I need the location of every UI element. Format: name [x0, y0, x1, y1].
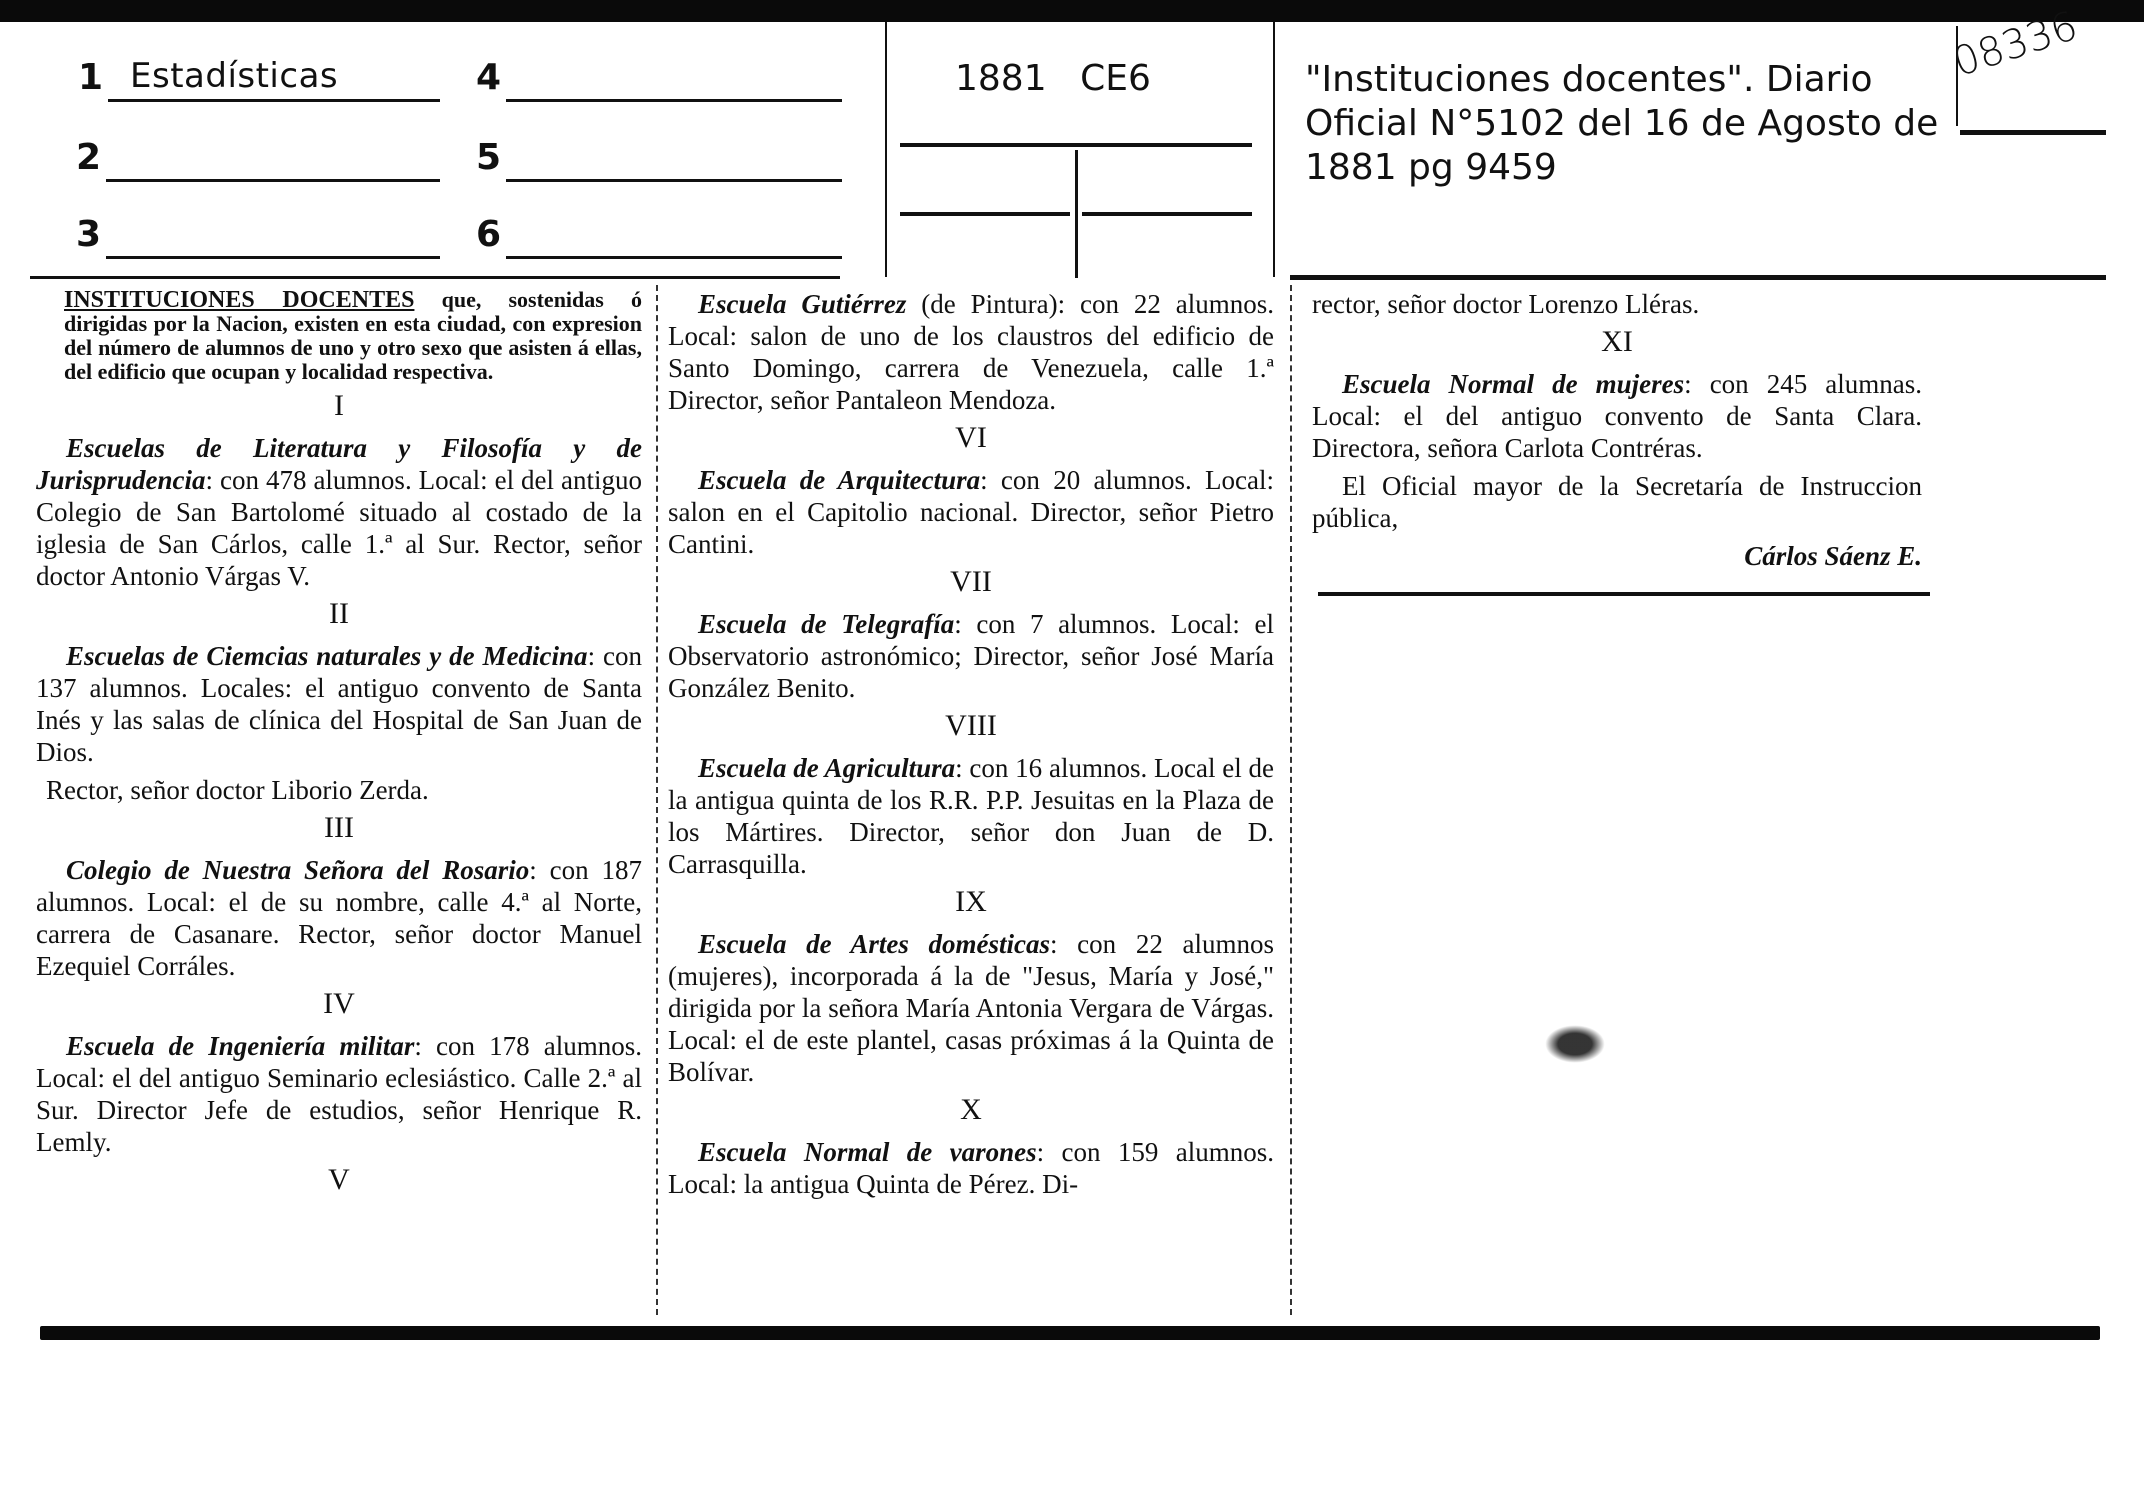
section-numeral: III: [36, 812, 642, 844]
field-6: 6: [476, 215, 842, 259]
field-2: 2: [76, 138, 440, 182]
section-numeral: XI: [1312, 326, 1922, 358]
section-numeral: X: [668, 1094, 1274, 1126]
field-3: 3: [76, 215, 440, 259]
section-numeral: V: [36, 1164, 642, 1196]
field-2-number: 2: [76, 137, 101, 178]
collection-code: CE6: [1080, 58, 1151, 99]
article-intro: INSTITUCIONES DOCENTES que, sostenidas ó…: [36, 288, 642, 384]
header-divider-left: [885, 22, 887, 277]
closing-text: El Oficial mayor de la Secretaría de Ins…: [1312, 470, 1922, 534]
section-continued: rector, señor doctor Lorenzo Lléras.: [1312, 288, 1922, 320]
section-entry: Escuelas de Literatura y Filosofía y de …: [36, 432, 642, 592]
section-entry: Escuelas de Ciemcias naturales y de Medi…: [36, 640, 642, 768]
section-numeral: VI: [668, 422, 1274, 454]
section-entry: Escuela Normal de mujeres: con 245 alumn…: [1312, 368, 1922, 464]
institution-name: Escuela de Ingeniería militar: [66, 1031, 414, 1061]
section-numeral: IX: [668, 886, 1274, 918]
field-5-line: [506, 179, 842, 182]
ink-smudge: [1545, 1025, 1605, 1063]
section-entry: Escuela de Arquitectura: con 20 alumnos.…: [668, 464, 1274, 560]
column-divider-2: [1290, 285, 1292, 1315]
code-box-mid-rule-right: [1082, 212, 1252, 216]
institution-name: Colegio de Nuestra Señora del Rosario: [66, 855, 529, 885]
section-entry: Escuela Gutiérrez (de Pintura): con 22 a…: [668, 288, 1274, 416]
field-1-number: 1: [78, 57, 103, 98]
code-box-vertical: [1075, 150, 1078, 278]
header-bottom-rule: [1290, 275, 2106, 280]
field-3-line: [106, 256, 440, 259]
field-3-number: 3: [76, 214, 101, 255]
section-numeral: IV: [36, 988, 642, 1020]
bottom-border-bar: [40, 1326, 2100, 1340]
institution-name: Escuela de Arquitectura: [698, 465, 980, 495]
institution-name: Escuela de Agricultura: [698, 753, 955, 783]
institution-name: Escuela de Telegrafía: [698, 609, 954, 639]
citation-reference: "Instituciones docentes". Diario Oficial…: [1305, 58, 1945, 190]
field-2-line: [106, 179, 440, 182]
institution-name: Escuela Gutiérrez: [698, 289, 906, 319]
article-intro-lead: INSTITUCIONES DOCENTES: [64, 287, 414, 313]
section-entry: Colegio de Nuestra Señora del Rosario: c…: [36, 854, 642, 982]
institution-name: Escuelas de Ciemcias naturales y de Medi…: [66, 641, 588, 671]
section-entry: Escuela de Agricultura: con 16 alumnos. …: [668, 752, 1274, 880]
section-extra: Rector, señor doctor Liborio Zerda.: [36, 774, 642, 806]
section-numeral: II: [36, 598, 642, 630]
section-numeral: I: [36, 390, 642, 422]
section-entry: Escuela de Telegrafía: con 7 alumnos. Lo…: [668, 608, 1274, 704]
institution-name: Escuela Normal de mujeres: [1342, 369, 1684, 399]
column-3-end-rule: [1318, 592, 1930, 596]
article-column-2: Escuela Gutiérrez (de Pintura): con 22 a…: [668, 288, 1274, 1206]
field-6-number: 6: [476, 214, 501, 255]
field-1: 1 Estadísticas: [78, 58, 440, 102]
column-divider-1: [656, 285, 658, 1315]
year-code: 1881 CE6: [955, 58, 1151, 99]
id-box-bottom: [1960, 130, 2106, 135]
article-column-1: INSTITUCIONES DOCENTES que, sostenidas ó…: [36, 288, 642, 1206]
field-5-number: 5: [476, 137, 501, 178]
section-entry: Escuela de Artes domésticas: con 22 alum…: [668, 928, 1274, 1088]
code-box-mid-rule-left: [900, 212, 1070, 216]
header-divider-right: [1273, 22, 1275, 277]
institution-name: Escuela Normal de varones: [698, 1137, 1037, 1167]
field-5: 5: [476, 138, 842, 182]
section-numeral: VIII: [668, 710, 1274, 742]
field-4-line: [506, 99, 842, 102]
year: 1881: [955, 58, 1047, 99]
section-entry: Escuela de Ingeniería militar: con 178 a…: [36, 1030, 642, 1158]
institution-name: Escuela de Artes domésticas: [698, 929, 1050, 959]
article-column-3: rector, señor doctor Lorenzo Lléras. XI …: [1312, 288, 1922, 578]
field-6-line: [506, 256, 842, 259]
field-4: 4: [476, 58, 842, 102]
section-entry: Escuela Normal de varones: con 159 alumn…: [668, 1136, 1274, 1200]
field-1-line: [108, 99, 440, 102]
signature: Cárlos Sáenz E.: [1312, 540, 1922, 572]
top-border-bar: [0, 0, 2144, 22]
field-4-number: 4: [476, 57, 501, 98]
section-numeral: VII: [668, 566, 1274, 598]
code-box-top-rule: [900, 143, 1252, 147]
header-bottom-rule-left: [30, 276, 840, 279]
field-1-value: Estadísticas: [130, 56, 338, 96]
